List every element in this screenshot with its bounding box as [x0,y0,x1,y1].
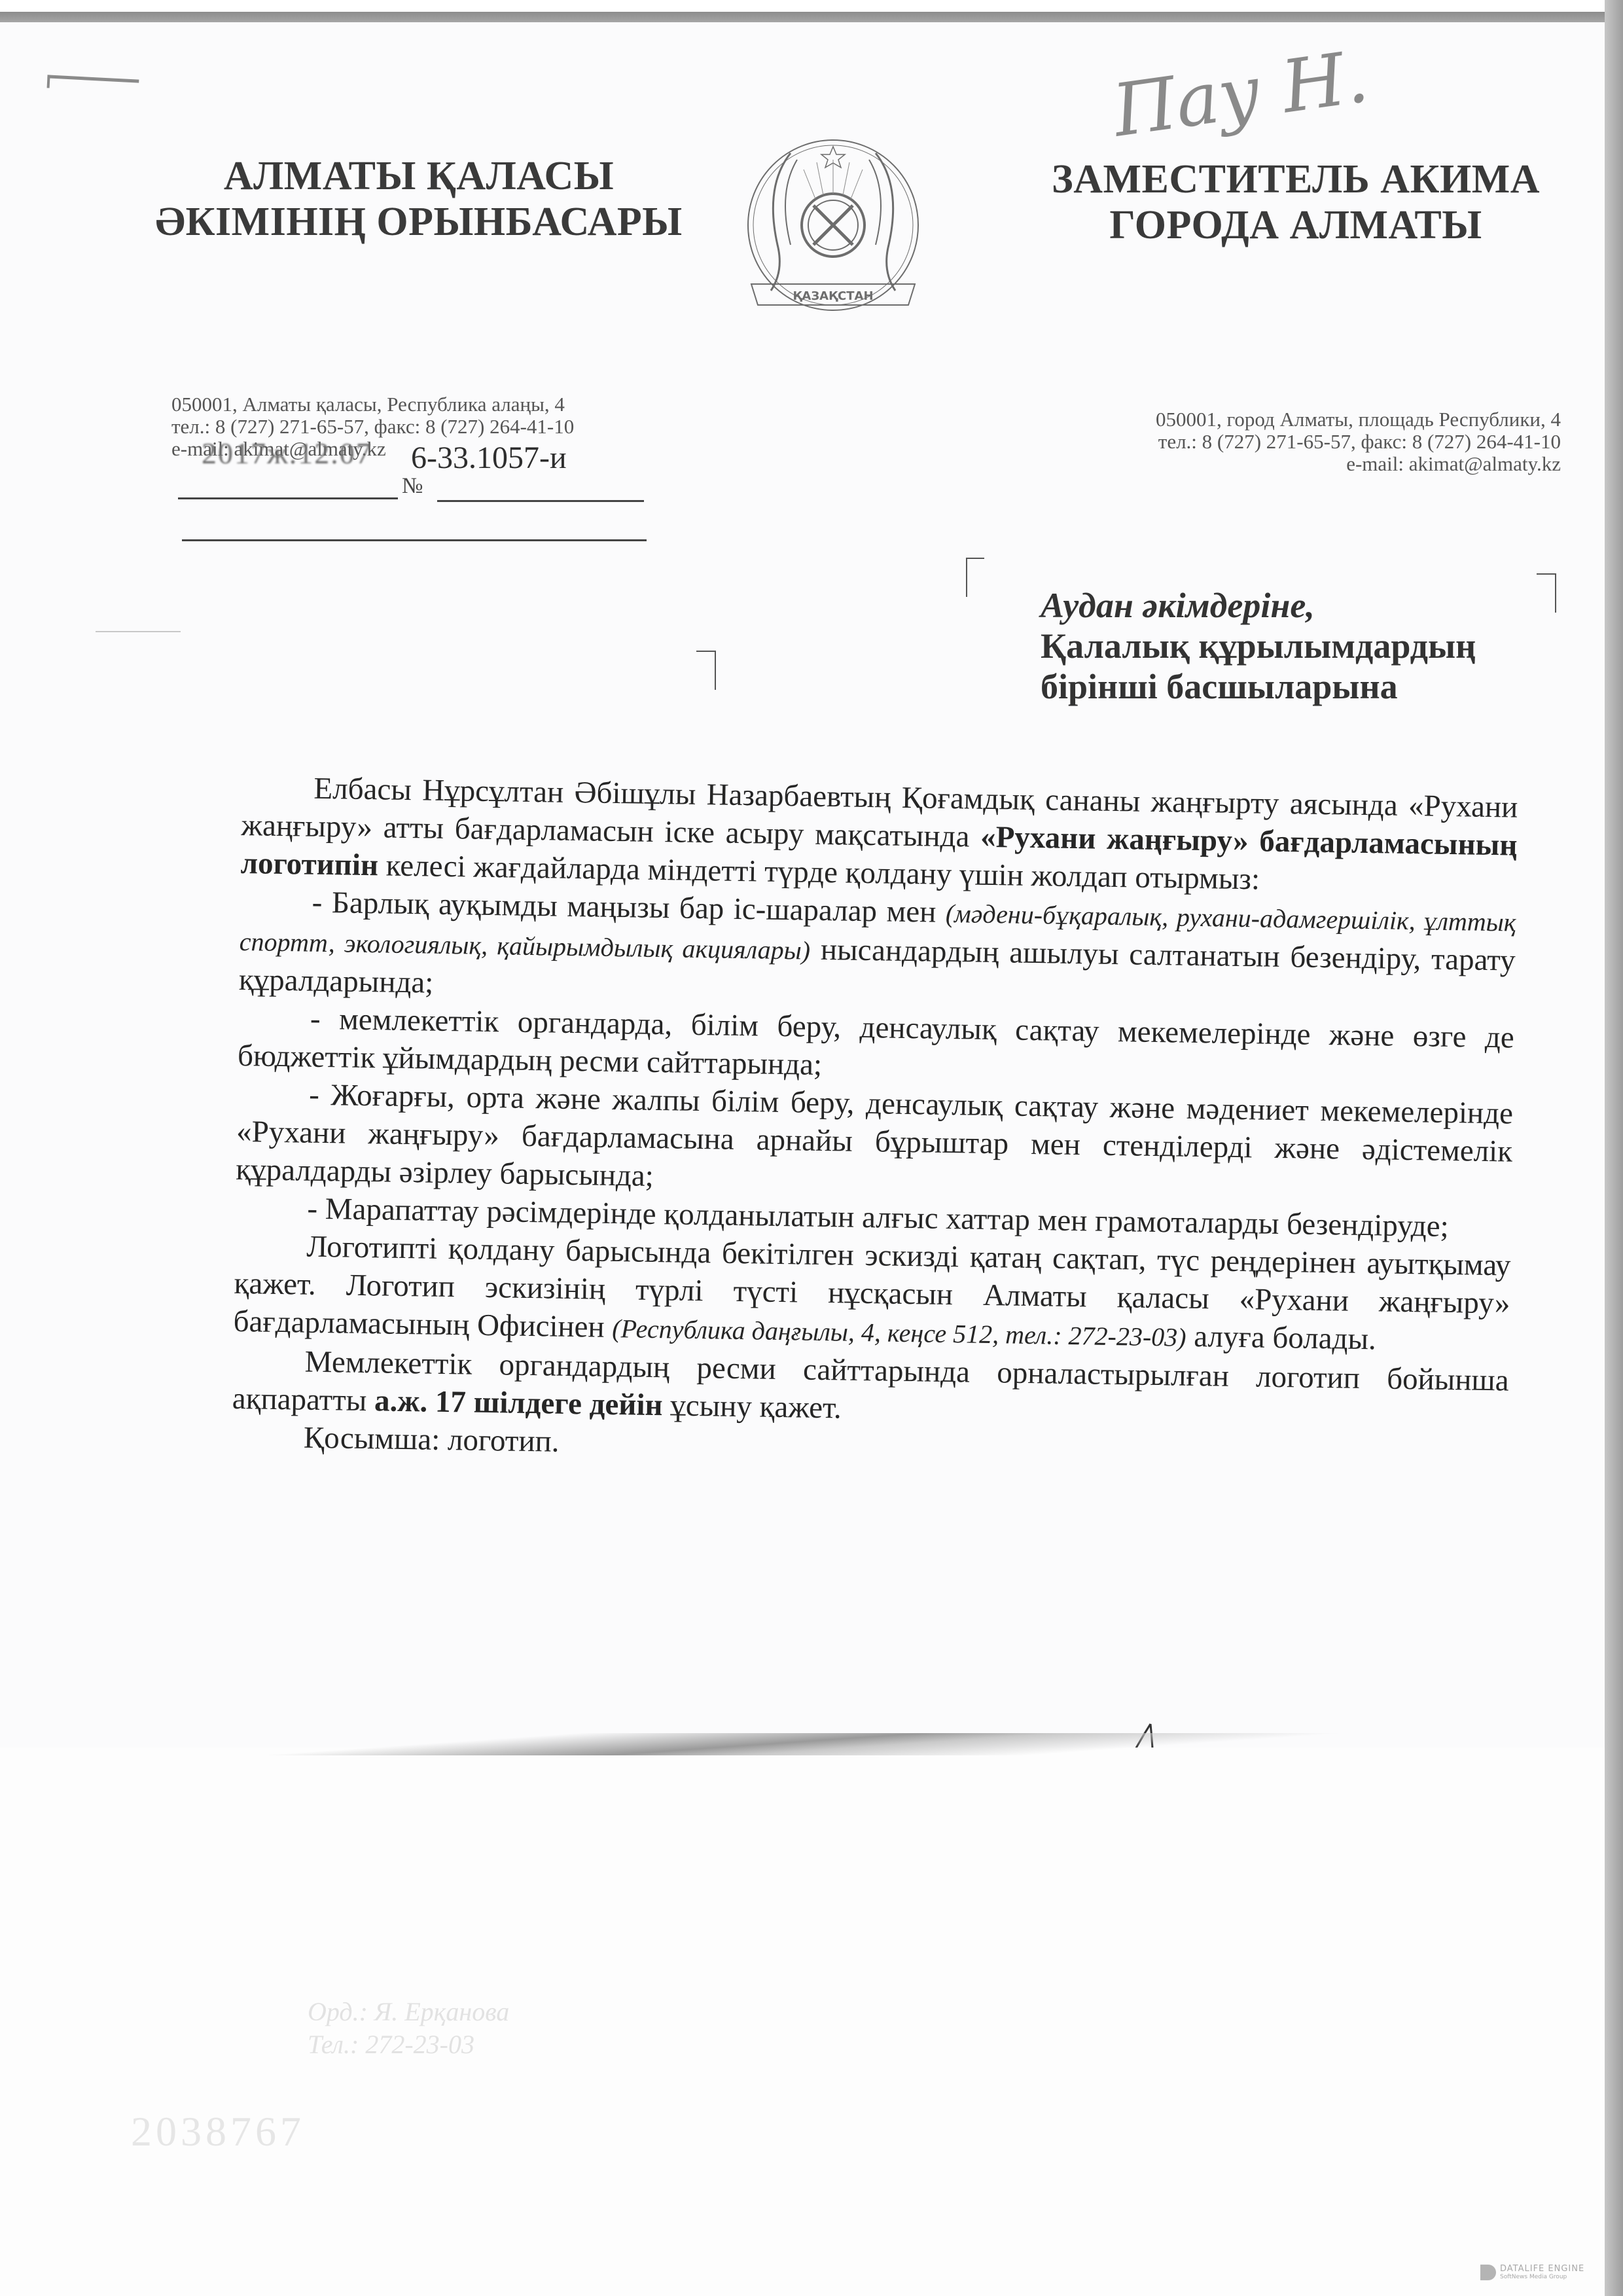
registration-date-stamp: 2017ж.12.07 [202,436,372,471]
deadline-emphasis: а.ж. 17 шілдеге дейін [374,1384,663,1422]
address-russian-line1: 050001, город Алматы, площадь Республики… [1027,408,1561,431]
header-title-kazakh-line1: АЛМАТЫ ҚАЛАСЫ [151,153,687,199]
address-russian-line3: e-mail: akimat@almaty.kz [1027,453,1561,475]
addressee-corner-mark-right [1537,573,1556,613]
reference-underline [182,539,647,541]
watermark-subtitle: SoftNews Media Group [1500,2274,1584,2280]
addressee-block: Аудан әкімдеріне, Қалалық құрылымдардың … [1041,585,1476,707]
datalife-watermark: DATALIFE ENGINE SoftNews Media Group [1480,2265,1584,2280]
address-kazakh-line1: 050001, Алматы қаласы, Республика алаңы,… [171,393,669,416]
staple-mark [47,75,139,92]
header-title-kazakh-line2: ӘКІМІНІҢ ОРЫНБАСАРЫ [151,199,687,245]
page-fold-shadow [0,1733,1605,1755]
faded-executor-name: Орд.: Я. Ерқанова [308,1996,509,2027]
addressee-line2: Қалалық құрылымдардың [1041,626,1476,666]
header-title-russian-line2: ГОРОДА АЛМАТЫ [1034,202,1558,248]
addressee-line3: бірінші басшыларына [1041,666,1476,707]
datalife-logo-icon [1480,2265,1496,2280]
bullet-events: - Барлық ауқымды маңызы бар іс-шаралар м… [238,882,1516,1019]
number-sign: № [402,474,423,499]
registration-number-stamp: 6-33.1057-и [411,440,567,476]
faded-corner-mark [96,631,181,632]
addressee-corner-mark-left [966,558,984,597]
handwritten-note: Пау Н. [1108,34,1373,152]
scan-right-margin [1605,0,1623,2296]
underlying-page: Орд.: Я. Ерқанова Тел.: 272-23-03 [0,1748,1605,2296]
address-kazakh-line2: тел.: 8 (727) 271-65-57, факс: 8 (727) 2… [171,416,669,438]
faded-registration-number: 2038767 [131,2108,305,2156]
kazakhstan-emblem-icon: ҚАЗАҚСТАН [725,134,941,336]
reference-corner-mark [696,651,716,690]
office-address: (Республика даңғылы, 4, кеңсе 512, тел.:… [612,1314,1186,1352]
paragraph-logo-usage: Логотипті қолдану барысында бекітілген э… [233,1227,1511,1362]
bullet-institutions: - Жоғарғы, орта және жалпы білім беру, д… [236,1075,1513,1209]
letter-body: Елбасы Нұрсұлтан Әбішұлы Назарбаевтың Қо… [232,768,1518,1475]
addressee-line1: Аудан әкімдеріне, [1041,585,1476,626]
header-title-kazakh: АЛМАТЫ ҚАЛАСЫ ӘКІМІНІҢ ОРЫНБАСАРЫ [151,153,687,245]
date-underline [178,497,398,499]
header-title-russian: ЗАМЕСТИТЕЛЬ АКИМА ГОРОДА АЛМАТЫ [1034,156,1558,248]
number-underline [437,500,644,502]
address-russian-line2: тел.: 8 (727) 271-65-57, факс: 8 (727) 2… [1027,431,1561,453]
paragraph-intro: Елбасы Нұрсұлтан Әбішұлы Назарбаевтың Қо… [240,768,1518,903]
address-russian: 050001, город Алматы, площадь Республики… [1027,408,1561,475]
svg-text:ҚАЗАҚСТАН: ҚАЗАҚСТАН [793,289,873,303]
letter-page: Пау Н. АЛМАТЫ ҚАЛАСЫ ӘКІМІНІҢ ОРЫНБАСАРЫ… [0,22,1605,1750]
faded-executor-phone: Тел.: 272-23-03 [308,2029,474,2060]
header-title-russian-line1: ЗАМЕСТИТЕЛЬ АКИМА [1034,156,1558,202]
watermark-title: DATALIFE ENGINE [1500,2265,1584,2274]
